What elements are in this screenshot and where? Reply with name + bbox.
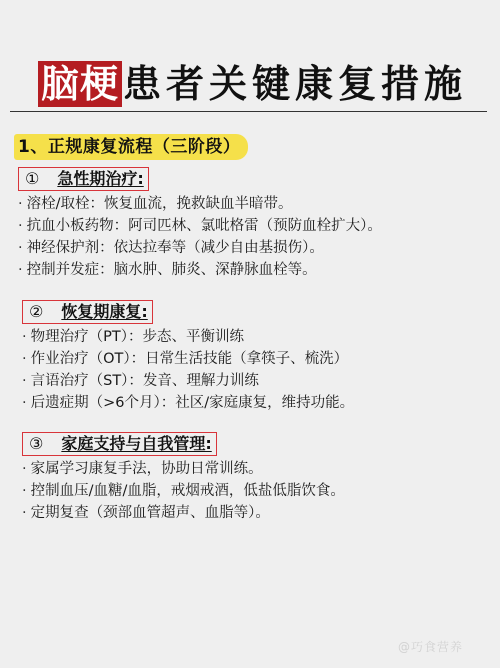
bullet-icon: · — [22, 505, 27, 521]
list-item: ·后遗症期（>6个月）：社区/家庭康复，维持功能。 — [22, 392, 354, 414]
list-item: ·抗血小板药物：阿司匹林、氯吡格雷（预防血栓扩大）。 — [18, 215, 382, 237]
list-item: ·控制并发症：脑水肿、肺炎、深静脉血栓等。 — [18, 259, 382, 281]
list-item: ·神经保护剂：依达拉奉等（减少自由基损伤）。 — [18, 237, 382, 259]
stage-number: ③ — [29, 434, 43, 453]
list-item: ·溶栓/取栓：恢复血流，挽救缺血半暗带。 — [18, 193, 382, 215]
list-item: ·作业治疗（OT）：日常生活技能（拿筷子、梳洗） — [22, 348, 354, 370]
title-divider — [10, 111, 487, 112]
stage-label: 家庭支持与自我管理: — [61, 434, 211, 453]
stage-1-heading: ①急性期治疗: — [18, 167, 149, 191]
list-item: ·定期复查（颈部血管超声、血脂等）。 — [22, 502, 345, 524]
stage-2-list: ·物理治疗（PT）：步态、平衡训练 ·作业治疗（OT）：日常生活技能（拿筷子、梳… — [22, 326, 354, 414]
bullet-icon: · — [22, 395, 27, 411]
stage-2-heading: ②恢复期康复: — [22, 300, 153, 324]
title-highlight: 脑梗 — [38, 61, 122, 107]
bullet-icon: · — [22, 461, 27, 477]
bullet-icon: · — [18, 240, 23, 256]
stage-3-heading: ③家庭支持与自我管理: — [22, 432, 217, 456]
list-item: ·家属学习康复手法，协助日常训练。 — [22, 458, 345, 480]
stage-number: ② — [29, 302, 43, 321]
list-item: ·言语治疗（ST）：发音、理解力训练 — [22, 370, 354, 392]
section-heading: 1、正规康复流程（三阶段） — [14, 134, 248, 160]
stage-label: 急性期治疗: — [57, 169, 143, 188]
bullet-icon: · — [22, 329, 27, 345]
bullet-icon: · — [18, 218, 23, 234]
watermark: @巧食营养 — [398, 638, 463, 655]
bullet-icon: · — [18, 262, 23, 278]
stage-label: 恢复期康复: — [61, 302, 147, 321]
bullet-icon: · — [18, 196, 23, 212]
title-text: 患者关键康复措施 — [123, 61, 467, 107]
list-item: ·物理治疗（PT）：步态、平衡训练 — [22, 326, 354, 348]
stage-3-list: ·家属学习康复手法，协助日常训练。 ·控制血压/血糖/血脂，戒烟戒酒，低盐低脂饮… — [22, 458, 345, 524]
stage-number: ① — [25, 169, 39, 188]
bullet-icon: · — [22, 351, 27, 367]
bullet-icon: · — [22, 373, 27, 389]
list-item: ·控制血压/血糖/血脂，戒烟戒酒，低盐低脂饮食。 — [22, 480, 345, 502]
bullet-icon: · — [22, 483, 27, 499]
page-title: 脑梗 患者关键康复措施 — [38, 60, 467, 108]
stage-1-list: ·溶栓/取栓：恢复血流，挽救缺血半暗带。 ·抗血小板药物：阿司匹林、氯吡格雷（预… — [18, 193, 382, 281]
